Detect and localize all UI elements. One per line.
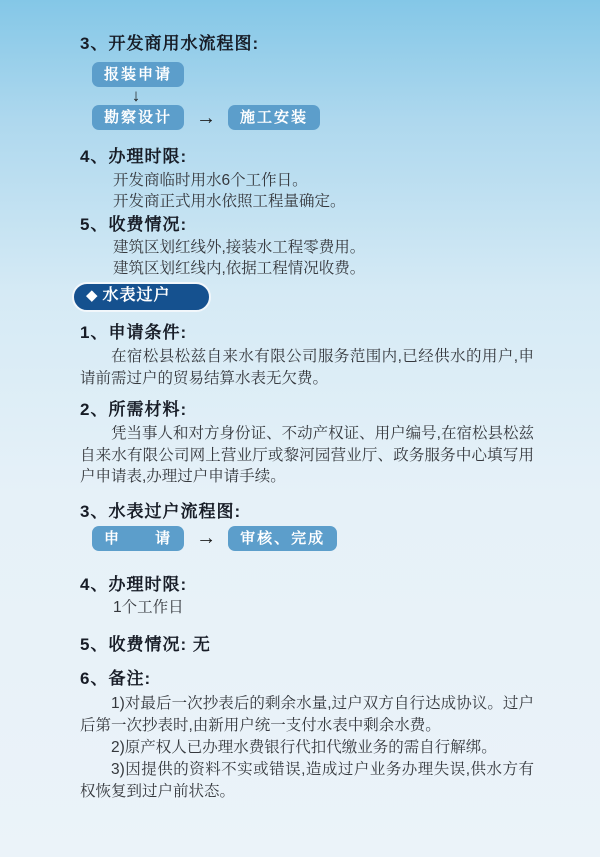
dev-time-heading: 4、办理时限: <box>80 146 534 168</box>
water-service-notice-page: 3、开发商用水流程图: 报装申请 ↓ 勘察设计 → 施工安装 4、办理时限: 开… <box>0 0 600 857</box>
flow-step-survey-design: 勘察设计 <box>92 105 184 130</box>
arrow-right-icon: → <box>196 108 216 128</box>
transfer-notes-heading: 6、备注: <box>80 668 534 690</box>
flow-step-review-complete: 审核、完成 <box>228 526 337 551</box>
flow-step-construction-install: 施工安装 <box>228 105 320 130</box>
dev-fee-lines: 建筑区划红线外,接装水工程零费用。 建筑区划红线内,依据工程情况收费。 <box>80 237 534 279</box>
dev-time-line: 开发商正式用水依照工程量确定。 <box>113 191 534 212</box>
arrow-right-icon: → <box>196 528 216 548</box>
transfer-notes-list: 1)对最后一次抄表后的剩余水量,过户双方自行达成协议。过户后第一次抄表时,由新用… <box>80 693 534 803</box>
transfer-flowchart-row: 申 请 → 审核、完成 <box>92 526 534 551</box>
section-banner-water-meter-transfer: ◆ 水表过户 <box>72 282 211 312</box>
dev-flowchart-row-1: 报装申请 <box>92 62 534 87</box>
arrow-down-icon: ↓ <box>128 88 144 104</box>
dev-fee-line: 建筑区划红线外,接装水工程零费用。 <box>113 237 534 258</box>
flow-step-apply-transfer: 申 请 <box>92 526 184 551</box>
dev-fee-heading: 5、收费情况: <box>80 214 534 236</box>
water-meter-transfer-section: 1、申请条件: 在宿松县松兹自来水有限公司服务范围内,已经供水的用户,申请前需过… <box>80 322 534 803</box>
developer-water-section: 3、开发商用水流程图: 报装申请 ↓ 勘察设计 → 施工安装 4、办理时限: 开… <box>80 33 534 279</box>
dev-time-lines: 开发商临时用水6个工作日。 开发商正式用水依照工程量确定。 <box>80 170 534 212</box>
transfer-note-item: 1)对最后一次抄表后的剩余水量,过户双方自行达成协议。过户后第一次抄表时,由新用… <box>80 693 534 737</box>
transfer-note-item: 2)原产权人已办理水费银行代扣代缴业务的需自行解绑。 <box>80 737 534 759</box>
banner-title: 水表过户 <box>103 287 171 305</box>
flow-step-apply: 报装申请 <box>92 62 184 87</box>
dev-fee-line: 建筑区划红线内,依据工程情况收费。 <box>113 258 534 279</box>
transfer-condition-text: 在宿松县松兹自来水有限公司服务范围内,已经供水的用户,申请前需过户的贸易结算水表… <box>80 346 534 389</box>
transfer-time-text: 1个工作日 <box>80 598 534 618</box>
transfer-condition-heading: 1、申请条件: <box>80 322 534 344</box>
dev-flow-heading: 3、开发商用水流程图: <box>80 33 534 55</box>
diamond-icon: ◆ <box>86 287 99 305</box>
transfer-materials-text: 凭当事人和对方身份证、不动产权证、用户编号,在宿松县松兹自来水有限公司网上营业厅… <box>80 423 534 488</box>
transfer-materials-heading: 2、所需材料: <box>80 399 534 421</box>
dev-time-line: 开发商临时用水6个工作日。 <box>113 170 534 191</box>
dev-flowchart-row-2: 勘察设计 → 施工安装 <box>92 105 534 130</box>
transfer-time-heading: 4、办理时限: <box>80 574 534 596</box>
transfer-fee-heading: 5、收费情况: 无 <box>80 634 534 656</box>
transfer-note-item: 3)因提供的资料不实或错误,造成过户业务办理失误,供水方有权恢复到过户前状态。 <box>80 759 534 803</box>
transfer-flow-heading: 3、水表过户流程图: <box>80 501 534 523</box>
